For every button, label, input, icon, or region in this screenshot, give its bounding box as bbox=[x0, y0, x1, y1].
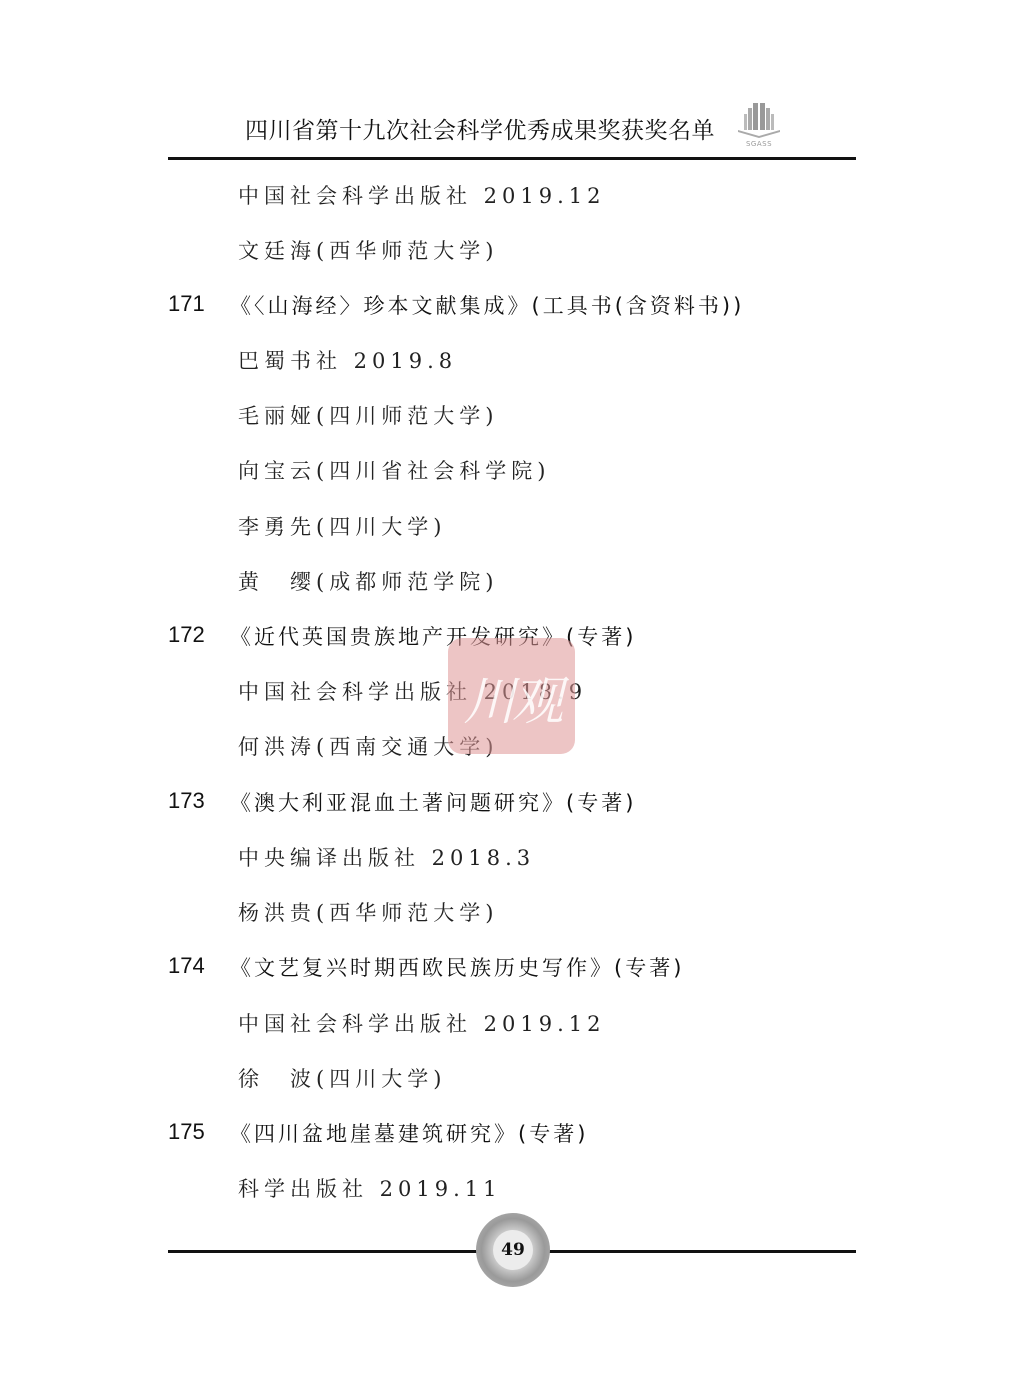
publisher-line: 科学出版社 2019.11 bbox=[238, 1173, 502, 1203]
entry-number: 175 bbox=[168, 1119, 205, 1145]
entry-title: 《澳大利亚混血土著问题研究》(专著) bbox=[230, 787, 636, 817]
entry-number: 173 bbox=[168, 788, 205, 814]
footer-divider-left bbox=[168, 1250, 478, 1253]
header-divider bbox=[168, 157, 856, 160]
page-number-badge: 49 bbox=[476, 1213, 550, 1287]
entry-title: 《文艺复兴时期西欧民族历史写作》(专著) bbox=[230, 952, 684, 982]
author-line: 毛丽娅(四川师范大学) bbox=[238, 400, 498, 430]
entry-title: 《四川盆地崖墓建筑研究》(专著) bbox=[230, 1118, 588, 1148]
publisher-line: 巴蜀书社 2019.8 bbox=[238, 345, 457, 375]
publisher-line: 中国社会科学出版社 2019.12 bbox=[238, 1008, 606, 1038]
entry-number: 172 bbox=[168, 622, 205, 648]
publisher-line: 中央编译出版社 2018.3 bbox=[238, 842, 535, 872]
page-header-title: 四川省第十九次社会科学优秀成果奖获奖名单 bbox=[245, 112, 715, 145]
sgass-logo: SGASS bbox=[734, 100, 784, 152]
author-line: 徐 波(四川大学) bbox=[238, 1063, 446, 1093]
publisher-line: 中国社会科学出版社 2019.12 bbox=[238, 180, 606, 210]
logo-text: SGASS bbox=[734, 140, 784, 148]
author-line: 黄 缨(成都师范学院) bbox=[238, 566, 498, 596]
entry-title: 《近代英国贵族地产开发研究》(专著) bbox=[230, 621, 636, 651]
entry-number: 171 bbox=[168, 291, 205, 317]
entry-number: 174 bbox=[168, 953, 205, 979]
author-line: 向宝云(四川省社会科学院) bbox=[238, 455, 550, 485]
author-line: 文廷海(西华师范大学) bbox=[238, 235, 498, 265]
footer-divider-right bbox=[548, 1250, 856, 1253]
author-line: 李勇先(四川大学) bbox=[238, 511, 446, 541]
author-line: 杨洪贵(西华师范大学) bbox=[238, 897, 498, 927]
entry-title: 《〈山海经〉珍本文献集成》(工具书(含资料书)) bbox=[230, 290, 744, 320]
chuanguan-watermark: 川观 bbox=[448, 638, 575, 754]
building-icon bbox=[734, 100, 784, 140]
page-number: 49 bbox=[493, 1230, 533, 1270]
